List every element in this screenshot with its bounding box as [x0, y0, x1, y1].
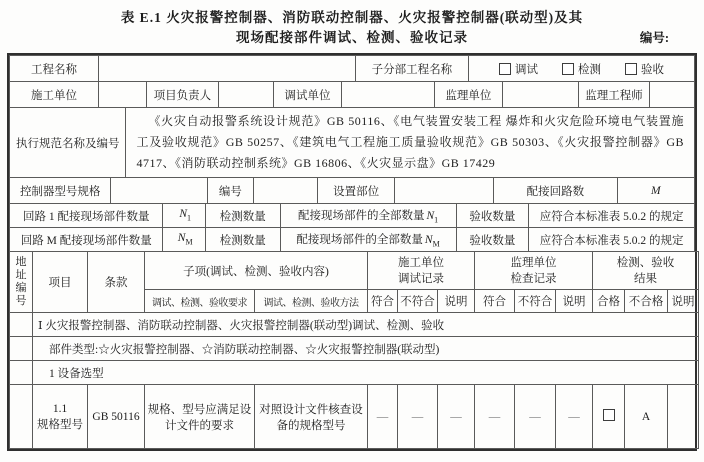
info-row2-table: 施工单位 项目负责人 调试单位 监理单位 监理工程师 — [9, 81, 695, 108]
loop-1-check-qty-label: 检测数量 — [205, 204, 280, 228]
clause-header: 条款 — [88, 252, 145, 313]
component-types-row: 部件类型:☆火灾报警控制器、☆消防联动控制器、☆火灾报警控制器(联动型) — [10, 337, 699, 361]
result-header: 检测、验收结果 — [593, 252, 699, 290]
checkbox-icon — [625, 63, 637, 75]
checkbox-label: 验收 — [641, 61, 664, 77]
supervisor-not-comply-header: 不符合 — [515, 290, 556, 313]
group-title: 1 设备选型 — [33, 361, 699, 385]
stage-checkboxes: 调试 检测 验收 — [468, 56, 694, 82]
subitem-header: 子项(调试、检测、验收内容) — [145, 252, 368, 290]
document-page: 表 E.1 火灾报警控制器、消防联动控制器、火灾报警控制器(联动型)及其 现场配… — [0, 0, 704, 462]
builder-not-comply-cell: — — [398, 385, 438, 449]
standards-table: 执行规范名称及编号 《火灾自动报警系统设计规范》GB 50116、《电气装置安装… — [9, 107, 695, 178]
item-no-cell: 1.1规格型号 — [33, 385, 88, 449]
controller-model-value — [111, 178, 208, 204]
builder-comply-cell: — — [368, 385, 398, 449]
location-label: 设置部位 — [318, 178, 395, 204]
supervision-engineer-value — [650, 82, 695, 108]
loop-count-label: 配接回路数 — [494, 178, 617, 204]
grid-header-row1: 地址编号 项目 条款 子项(调试、检测、验收内容) 施工单位调试记录 监理单位检… — [10, 252, 699, 290]
address-no-value — [10, 385, 33, 449]
builder-not-comply-header: 不符合 — [398, 290, 438, 313]
checkbox-icon — [499, 63, 511, 75]
loop-m-row: 回路 M 配接现场部件数量 NM 检测数量 配接现场部件的全部数量NM 验收数量… — [10, 228, 695, 252]
address-col-empty — [10, 337, 33, 361]
supervisor-record-header: 监理单位检查记录 — [475, 252, 593, 290]
controller-row-table: 控制器型号规格 编号 设置部位 配接回路数 M — [9, 177, 695, 204]
supervisor-note-header: 说明 — [556, 290, 593, 313]
project-leader-value — [218, 82, 273, 108]
method-header: 调试、检测、验收方法 — [255, 290, 368, 313]
checkbox-label: 调试 — [515, 61, 538, 77]
project-name-label: 工程名称 — [10, 56, 99, 82]
standards-label: 执行规范名称及编号 — [10, 108, 126, 178]
builder-note-header: 说明 — [438, 290, 475, 313]
item-method-cell: 对照设计文件核查设备的规格型号 — [255, 385, 368, 449]
result-qualified-cell — [593, 385, 625, 449]
standards-text: 《火灾自动报警系统设计规范》GB 50116、《电气装置安装工程 爆炸和火灾危险… — [136, 111, 684, 174]
result-qualified-header: 合格 — [593, 290, 625, 313]
result-unqualified-cell: A — [625, 385, 668, 449]
result-note-cell — [668, 385, 699, 449]
loop-m-accept-rule: 应符合本标准表 5.0.2 的规定 — [529, 228, 695, 252]
loop-1-total-qty: 配接现场部件的全部数量N1 — [280, 204, 456, 228]
component-types: 部件类型:☆火灾报警控制器、☆消防联动控制器、☆火灾报警控制器(联动型) — [33, 337, 699, 361]
req-header: 调试、检测、验收要求 — [145, 290, 255, 313]
supervisor-comply-header: 符合 — [475, 290, 515, 313]
group-title-row: 1 设备选型 — [10, 361, 699, 385]
address-col-empty — [10, 361, 33, 385]
loop-m-name: 回路 M 配接现场部件数量 — [10, 228, 163, 252]
result-unqualified-header: 不合格 — [625, 290, 668, 313]
section-title: Ⅰ 火灾报警控制器、消防联动控制器、火灾报警控制器(联动型)调试、检测、验收 — [33, 313, 699, 337]
builder-note-cell: — — [438, 385, 475, 449]
checkbox-label: 检测 — [578, 61, 601, 77]
title-block: 表 E.1 火灾报警控制器、消防联动控制器、火灾报警控制器(联动型)及其 现场配… — [7, 8, 697, 48]
supervision-unit-label: 监理单位 — [434, 82, 503, 108]
loop-1-symbol: N1 — [163, 204, 205, 228]
checkbox-item-acceptance: 验收 — [625, 61, 664, 77]
supervision-unit-value — [503, 82, 578, 108]
commissioning-unit-label: 调试单位 — [273, 82, 342, 108]
loop-m-symbol: NM — [163, 228, 205, 252]
construction-unit-label: 施工单位 — [10, 82, 99, 108]
result-note-header: 说明 — [668, 290, 699, 313]
item-req-cell: 规格、型号应满足设计文件的要求 — [145, 385, 255, 449]
info-row1-table: 工程名称 子分部工程名称 调试 检测 验收 — [9, 55, 695, 82]
loop-1-accept-qty-label: 验收数量 — [456, 204, 529, 228]
supervisor-comply-cell: — — [475, 385, 515, 449]
loop-count-value: M — [617, 178, 694, 204]
construction-unit-value — [99, 82, 147, 108]
item-clause-cell: GB 50116 — [88, 385, 145, 449]
controller-model-label: 控制器型号规格 — [10, 178, 111, 204]
location-value — [394, 178, 493, 204]
supervisor-note-cell: — — [556, 385, 593, 449]
controller-no-value — [253, 178, 317, 204]
address-col-empty — [10, 313, 33, 337]
checkbox-item-commissioning: 调试 — [499, 61, 538, 77]
checkbox-icon — [603, 409, 615, 421]
project-leader-label: 项目负责人 — [146, 82, 218, 108]
section-title-row: Ⅰ 火灾报警控制器、消防联动控制器、火灾报警控制器(联动型)调试、检测、验收 — [10, 313, 699, 337]
controller-no-label: 编号 — [207, 178, 253, 204]
loop-1-row: 回路 1 配接现场部件数量 N1 检测数量 配接现场部件的全部数量N1 验收数量… — [10, 204, 695, 228]
standards-value: 《火灾自动报警系统设计规范》GB 50116、《电气装置安装工程 爆炸和火灾危险… — [126, 108, 695, 178]
supervision-engineer-label: 监理工程师 — [578, 82, 650, 108]
loop-m-check-qty-label: 检测数量 — [205, 228, 280, 252]
loop-1-name: 回路 1 配接现场部件数量 — [10, 204, 163, 228]
subproject-name-label: 子分部工程名称 — [355, 56, 468, 82]
serial-number-label: 编号: — [640, 28, 669, 48]
checkbox-icon — [562, 63, 574, 75]
checkbox-item-inspection: 检测 — [562, 61, 601, 77]
loop-m-accept-qty-label: 验收数量 — [456, 228, 529, 252]
project-name-value — [99, 56, 356, 82]
builder-record-header: 施工单位调试记录 — [368, 252, 475, 290]
loop-m-total-qty: 配接现场部件的全部数量NM — [280, 228, 456, 252]
item-1-1-row: 1.1规格型号 GB 50116 规格、型号应满足设计文件的要求 对照设计文件核… — [10, 385, 699, 449]
loop-1-accept-rule: 应符合本标准表 5.0.2 的规定 — [529, 204, 695, 228]
table-title-line2: 现场配接部件调试、检测、验收记录 — [7, 28, 697, 48]
main-grid-table: 地址编号 项目 条款 子项(调试、检测、验收内容) 施工单位调试记录 监理单位检… — [9, 251, 699, 449]
address-no-header: 地址编号 — [10, 252, 33, 313]
loop-rows-table: 回路 1 配接现场部件数量 N1 检测数量 配接现场部件的全部数量N1 验收数量… — [9, 203, 695, 252]
item-header: 项目 — [33, 252, 88, 313]
table-title-line1: 表 E.1 火灾报警控制器、消防联动控制器、火灾报警控制器(联动型)及其 — [7, 8, 697, 28]
record-table: 工程名称 子分部工程名称 调试 检测 验收 施工单位 项目负责人 — [7, 53, 697, 451]
supervisor-not-comply-cell: — — [515, 385, 556, 449]
commissioning-unit-value — [342, 82, 434, 108]
builder-comply-header: 符合 — [368, 290, 398, 313]
